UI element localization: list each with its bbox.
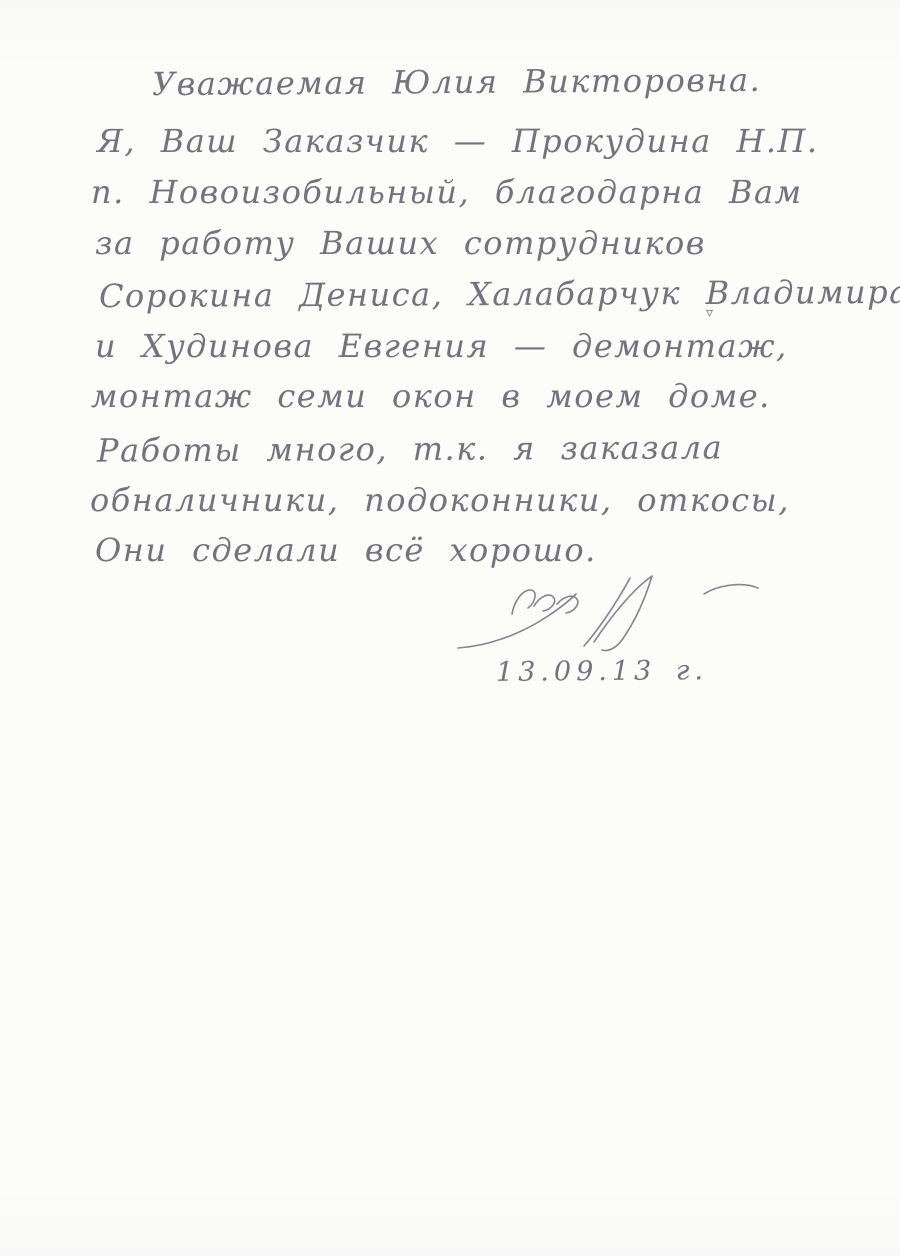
body-line: Они сделали всё хорошо. bbox=[95, 530, 597, 570]
body-line: монтаж семи окон в моем доме. bbox=[91, 376, 771, 416]
salutation-line: Уважаемая Юлия Викторовна. bbox=[152, 60, 762, 104]
body-line: обналичники, подоконники, откосы, bbox=[90, 480, 790, 520]
signature-scribble bbox=[452, 572, 782, 664]
body-line: Работы много, т.к. я заказала bbox=[97, 427, 723, 470]
signature-n-stroke-1 bbox=[584, 578, 630, 646]
signature-n-stroke-2 bbox=[594, 576, 652, 651]
body-line: и Худинова Евгения — демонтаж, bbox=[95, 326, 788, 366]
body-line: за работу Ваших сотрудников bbox=[95, 223, 706, 263]
body-line: Сорокина Дениса, Халабарчук Владимира bbox=[99, 272, 900, 316]
scanned-letter-page: Уважаемая Юлия Викторовна. Я, Ваш Заказч… bbox=[0, 0, 900, 1256]
signature-trailing-dash bbox=[704, 585, 758, 594]
body-line: Я, Ваш Заказчик — Прокудина Н.П. bbox=[97, 121, 819, 161]
body-line: п. Новоизобильный, благодарна Вам bbox=[91, 172, 803, 212]
insertion-caret-mark: ▿ bbox=[706, 305, 713, 321]
date-line: 13.09.13 г. bbox=[496, 651, 708, 693]
